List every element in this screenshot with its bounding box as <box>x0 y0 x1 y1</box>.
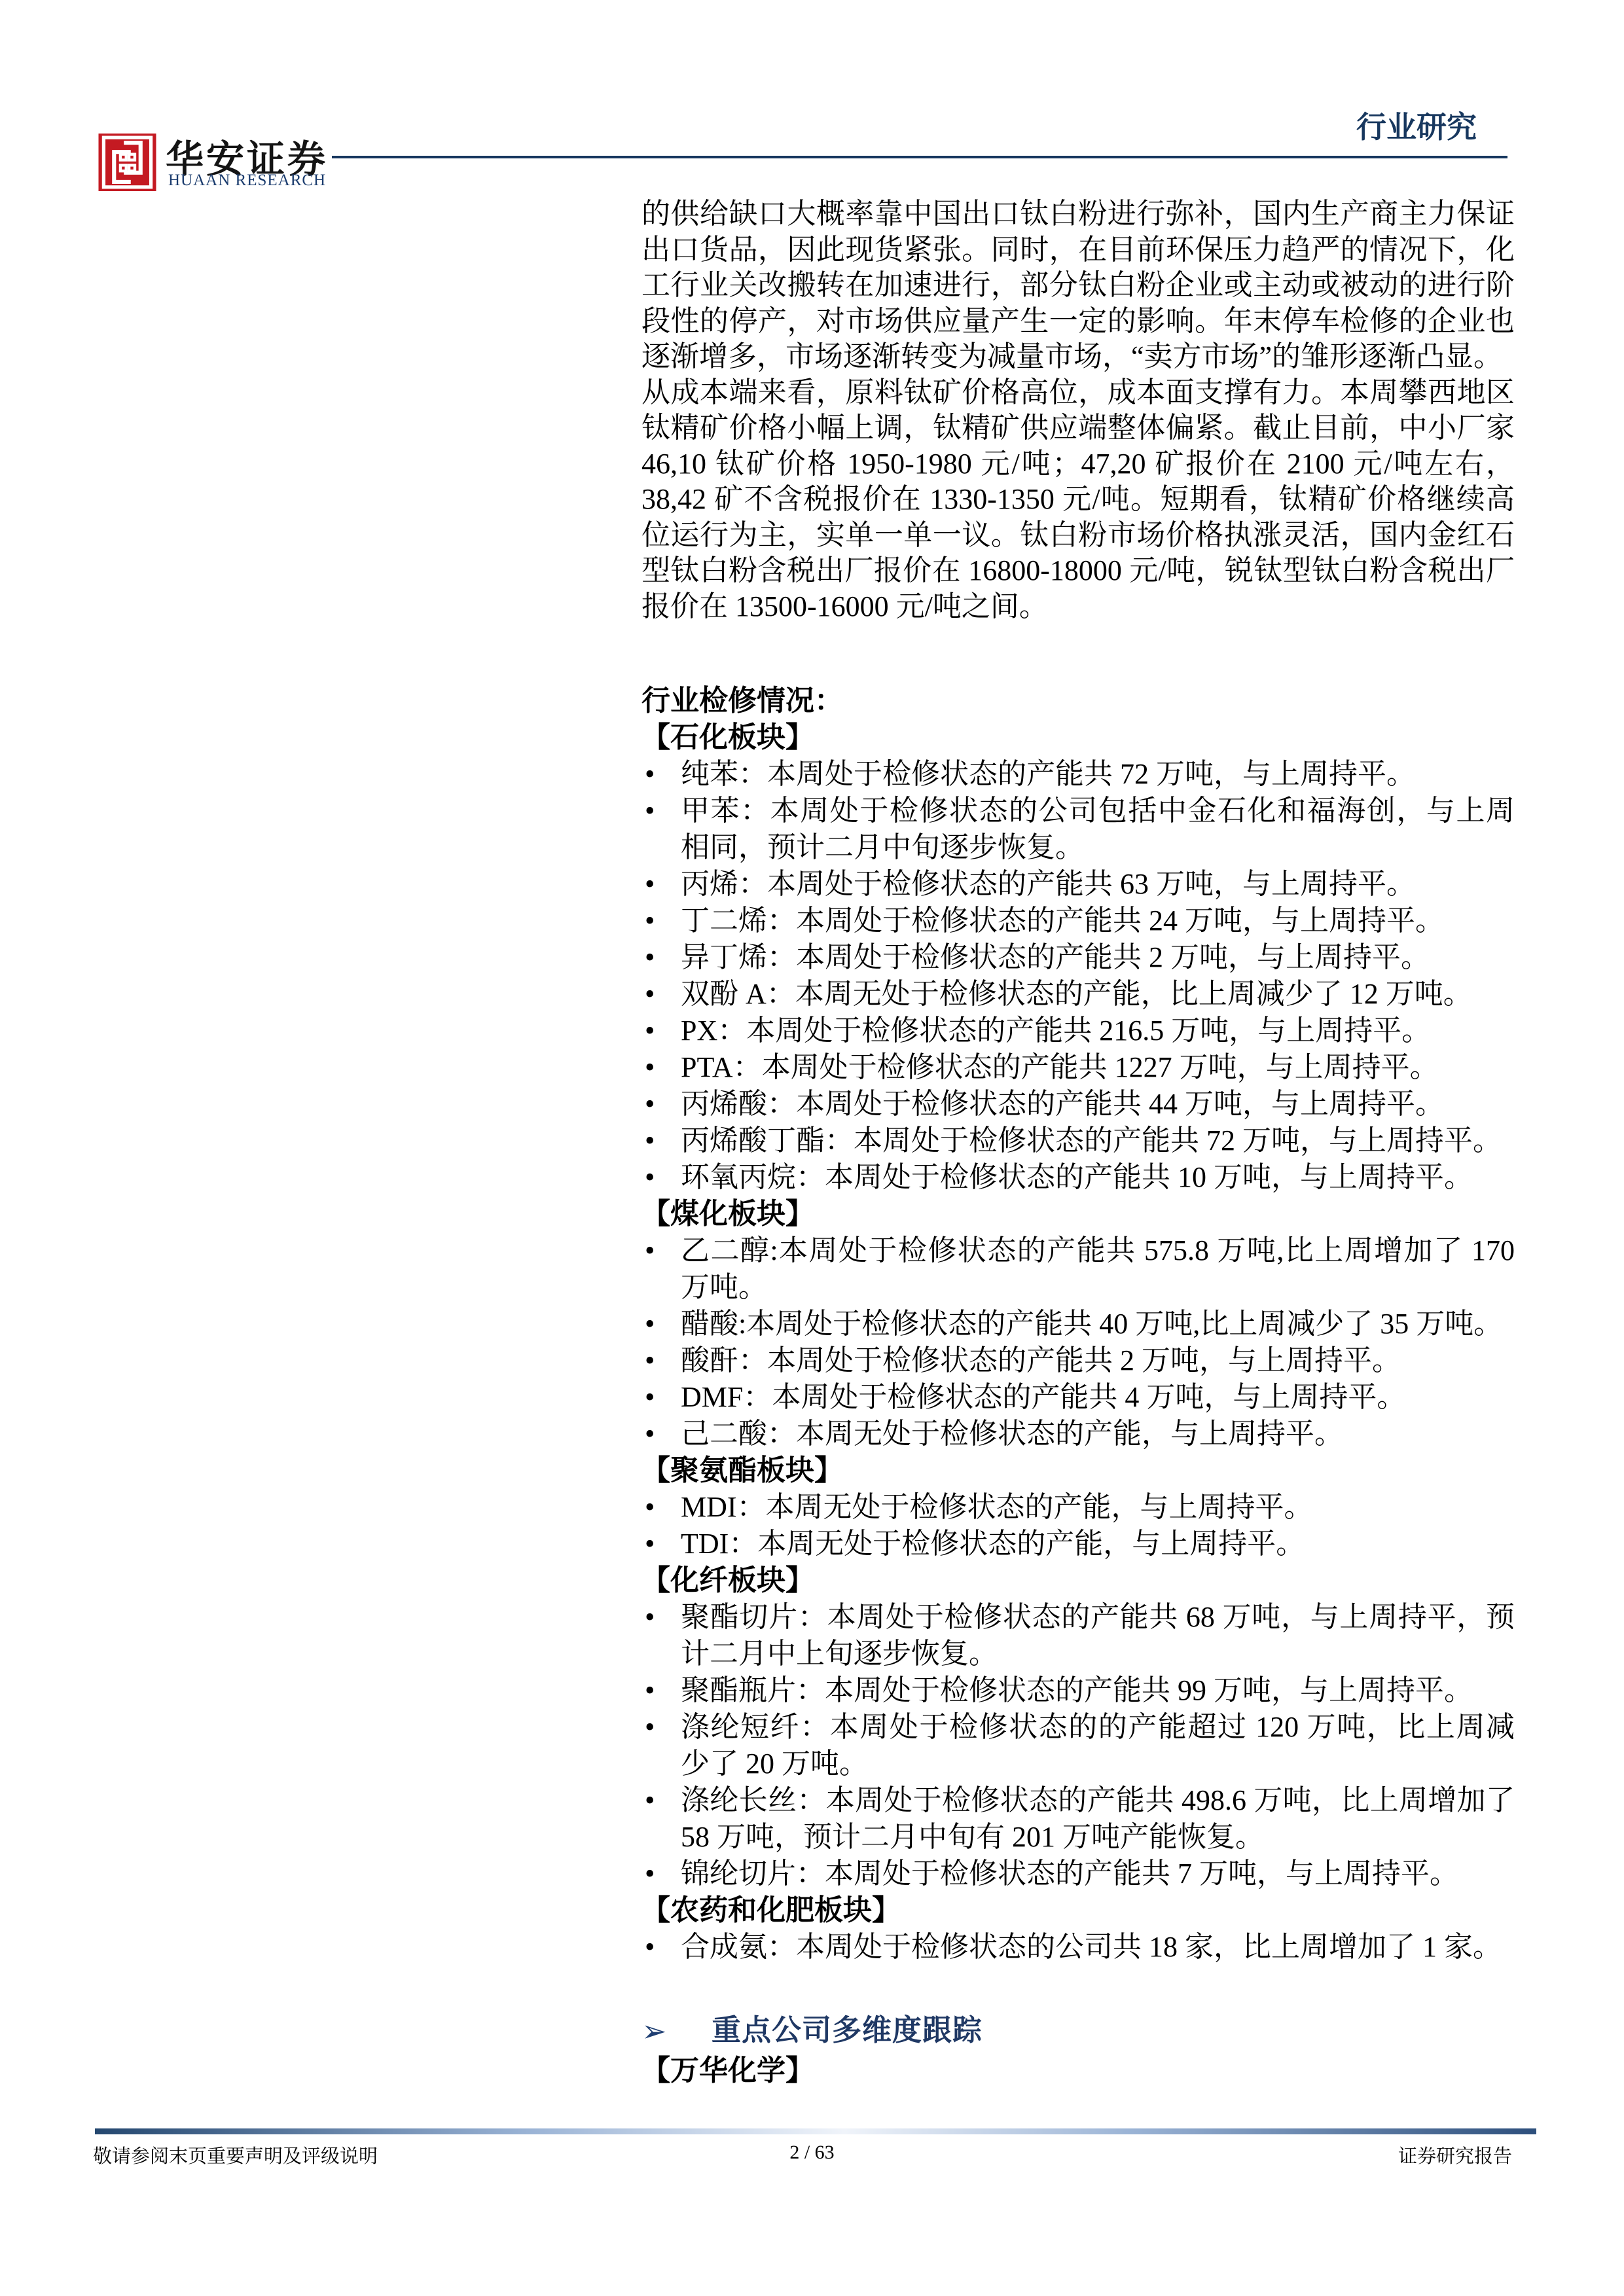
bullet-icon: • <box>645 1379 655 1416</box>
bullet-item: •PTA：本周处于检修状态的产能共 1227 万吨，与上周持平。 <box>641 1049 1515 1086</box>
footer-disclaimer: 敬请参阅末页重要声明及评级说明 <box>93 2142 378 2168</box>
bullet-text: 丁二烯：本周处于检修状态的产能共 24 万吨，与上周持平。 <box>681 903 1515 939</box>
footer-divider <box>95 2128 1536 2134</box>
content-column: 的供给缺口大概率靠中国出口钛白粉进行弥补，国内生产商主力保证出口货品，因此现货紧… <box>641 196 1515 2089</box>
bullet-item: •涤纶长丝：本周处于检修状态的产能共 498.6 万吨，比上周增加了 58 万吨… <box>641 1782 1515 1856</box>
bullet-item: •DMF：本周处于检修状态的产能共 4 万吨，与上周持平。 <box>641 1379 1515 1416</box>
bullet-text: 异丁烯：本周处于检修状态的产能共 2 万吨，与上周持平。 <box>681 939 1515 976</box>
bullet-icon: • <box>645 939 655 976</box>
bullet-item: •锦纶切片：本周处于检修状态的产能共 7 万吨，与上周持平。 <box>641 1856 1515 1892</box>
section-heading: 【煤化板块】 <box>641 1196 1515 1232</box>
bullet-text: MDI：本周无处于检修状态的产能，与上周持平。 <box>681 1489 1515 1526</box>
bullet-text: 乙二醇:本周处于检修状态的产能共 575.8 万吨,比上周增加了 170 万吨。 <box>681 1232 1515 1306</box>
bullet-text: 纯苯：本周处于检修状态的产能共 72 万吨，与上周持平。 <box>681 756 1515 793</box>
bullet-item: •丙烯：本周处于检修状态的产能共 63 万吨，与上周持平。 <box>641 866 1515 903</box>
bullet-item: •聚酯切片：本周处于检修状态的产能共 68 万吨，与上周持平，预计二月中上旬逐步… <box>641 1599 1515 1672</box>
body-paragraph-2: 从成本端来看，原料钛矿价格高位，成本面支撑有力。本周攀西地区钛精矿价格小幅上调，… <box>641 375 1515 625</box>
doc-type-label: 行业研究 <box>1356 103 1477 147</box>
bullet-text: 涤纶长丝：本周处于检修状态的产能共 498.6 万吨，比上周增加了 58 万吨，… <box>681 1782 1515 1856</box>
bullet-icon: • <box>645 1672 655 1709</box>
bullet-icon: • <box>645 1709 655 1746</box>
bullet-icon: • <box>645 1856 655 1892</box>
bullet-text: TDI：本周无处于检修状态的产能，与上周持平。 <box>681 1526 1515 1562</box>
arrowhead-icon: ➢ <box>641 2014 712 2050</box>
bullet-item: •聚酯瓶片：本周处于检修状态的产能共 99 万吨，与上周持平。 <box>641 1672 1515 1709</box>
maintenance-title: 行业检修情况： <box>641 683 1515 719</box>
bullet-icon: • <box>645 1013 655 1049</box>
bullet-text: 环氧丙烷：本周处于检修状态的产能共 10 万吨，与上周持平。 <box>681 1159 1515 1196</box>
body-paragraph-1: 的供给缺口大概率靠中国出口钛白粉进行弥补，国内生产商主力保证出口货品，因此现货紧… <box>641 196 1515 375</box>
bullet-item: •PX：本周处于检修状态的产能共 216.5 万吨，与上周持平。 <box>641 1013 1515 1049</box>
bullet-text: 聚酯瓶片：本周处于检修状态的产能共 99 万吨，与上周持平。 <box>681 1672 1515 1709</box>
bullet-icon: • <box>645 1599 655 1636</box>
bullet-item: •合成氨：本周处于检修状态的公司共 18 家，比上周增加了 1 家。 <box>641 1929 1515 1965</box>
tracking-heading: ➢重点公司多维度跟踪 <box>641 2013 1515 2050</box>
bullet-text: 甲苯：本周处于检修状态的公司包括中金石化和福海创，与上周相同，预计二月中旬逐步恢… <box>681 793 1515 866</box>
bullet-icon: • <box>645 1526 655 1562</box>
bullet-text: 醋酸:本周处于检修状态的产能共 40 万吨,比上周减少了 35 万吨。 <box>681 1306 1515 1342</box>
bullet-icon: • <box>645 1342 655 1379</box>
report-type-label: 证券研究报告 <box>1398 2142 1512 2168</box>
bullet-icon: • <box>645 1232 655 1269</box>
huaan-seal-logo-icon <box>98 134 157 191</box>
bullet-item: •丙烯酸：本周处于检修状态的产能共 44 万吨，与上周持平。 <box>641 1086 1515 1122</box>
bullet-text: PTA：本周处于检修状态的产能共 1227 万吨，与上周持平。 <box>681 1049 1515 1086</box>
bullet-item: •乙二醇:本周处于检修状态的产能共 575.8 万吨,比上周增加了 170 万吨… <box>641 1232 1515 1306</box>
section-heading: 【农药和化肥板块】 <box>641 1892 1515 1929</box>
bullet-icon: • <box>645 1122 655 1159</box>
section-heading: 【化纤板块】 <box>641 1562 1515 1599</box>
bullet-text: 涤纶短纤：本周处于检修状态的的产能超过 120 万吨，比上周减少了 20 万吨。 <box>681 1709 1515 1782</box>
maintenance-sections: 【石化板块】•纯苯：本周处于检修状态的产能共 72 万吨，与上周持平。•甲苯：本… <box>641 719 1515 1965</box>
bullet-text: DMF：本周处于检修状态的产能共 4 万吨，与上周持平。 <box>681 1379 1515 1416</box>
bullet-item: •MDI：本周无处于检修状态的产能，与上周持平。 <box>641 1489 1515 1526</box>
bullet-icon: • <box>645 1416 655 1452</box>
bullet-item: •双酚 A：本周无处于检修状态的产能，比上周减少了 12 万吨。 <box>641 976 1515 1013</box>
bullet-item: •TDI：本周无处于检修状态的产能，与上周持平。 <box>641 1526 1515 1562</box>
bullet-text: 己二酸：本周无处于检修状态的产能，与上周持平。 <box>681 1416 1515 1452</box>
bullet-item: •丙烯酸丁酯：本周处于检修状态的产能共 72 万吨，与上周持平。 <box>641 1122 1515 1159</box>
bullet-item: •酸酐：本周处于检修状态的产能共 2 万吨，与上周持平。 <box>641 1342 1515 1379</box>
bullet-icon: • <box>645 1929 655 1965</box>
bullet-icon: • <box>645 1782 655 1819</box>
bullet-icon: • <box>645 1306 655 1342</box>
bullet-text: 双酚 A：本周无处于检修状态的产能，比上周减少了 12 万吨。 <box>681 976 1515 1013</box>
bullet-text: 聚酯切片：本周处于检修状态的产能共 68 万吨，与上周持平，预计二月中上旬逐步恢… <box>681 1599 1515 1672</box>
bullet-item: •环氧丙烷：本周处于检修状态的产能共 10 万吨，与上周持平。 <box>641 1159 1515 1196</box>
bullet-icon: • <box>645 1086 655 1122</box>
bullet-text: 丙烯酸丁酯：本周处于检修状态的产能共 72 万吨，与上周持平。 <box>681 1122 1515 1159</box>
section-heading: 【石化板块】 <box>641 719 1515 756</box>
bullet-icon: • <box>645 793 655 829</box>
bullet-item: •丁二烯：本周处于检修状态的产能共 24 万吨，与上周持平。 <box>641 903 1515 939</box>
bullet-item: •醋酸:本周处于检修状态的产能共 40 万吨,比上周减少了 35 万吨。 <box>641 1306 1515 1342</box>
bullet-text: 酸酐：本周处于检修状态的产能共 2 万吨，与上周持平。 <box>681 1342 1515 1379</box>
section-heading: 【聚氨酯板块】 <box>641 1452 1515 1489</box>
company-heading: 【万华化学】 <box>641 2052 1515 2089</box>
bullet-icon: • <box>645 756 655 793</box>
bullet-icon: • <box>645 1489 655 1526</box>
tracking-heading-label: 重点公司多维度跟踪 <box>712 2014 983 2047</box>
bullet-item: •涤纶短纤：本周处于检修状态的的产能超过 120 万吨，比上周减少了 20 万吨… <box>641 1709 1515 1782</box>
header-divider <box>332 156 1507 158</box>
page-number: 2 / 63 <box>789 2142 834 2164</box>
bullet-icon: • <box>645 866 655 903</box>
bullet-icon: • <box>645 903 655 939</box>
bullet-text: 丙烯：本周处于检修状态的产能共 63 万吨，与上周持平。 <box>681 866 1515 903</box>
bullet-text: 丙烯酸：本周处于检修状态的产能共 44 万吨，与上周持平。 <box>681 1086 1515 1122</box>
bullet-text: 合成氨：本周处于检修状态的公司共 18 家，比上周增加了 1 家。 <box>681 1929 1515 1965</box>
bullet-text: PX：本周处于检修状态的产能共 216.5 万吨，与上周持平。 <box>681 1013 1515 1049</box>
bullet-icon: • <box>645 1049 655 1086</box>
bullet-text: 锦纶切片：本周处于检修状态的产能共 7 万吨，与上周持平。 <box>681 1856 1515 1892</box>
bullet-icon: • <box>645 976 655 1013</box>
bullet-item: •甲苯：本周处于检修状态的公司包括中金石化和福海创，与上周相同，预计二月中旬逐步… <box>641 793 1515 866</box>
bullet-icon: • <box>645 1159 655 1196</box>
bullet-item: •纯苯：本周处于检修状态的产能共 72 万吨，与上周持平。 <box>641 756 1515 793</box>
brand-name-english: HUAAN RESEARCH <box>168 171 326 190</box>
bullet-item: •己二酸：本周无处于检修状态的产能，与上周持平。 <box>641 1416 1515 1452</box>
bullet-item: •异丁烯：本周处于检修状态的产能共 2 万吨，与上周持平。 <box>641 939 1515 976</box>
